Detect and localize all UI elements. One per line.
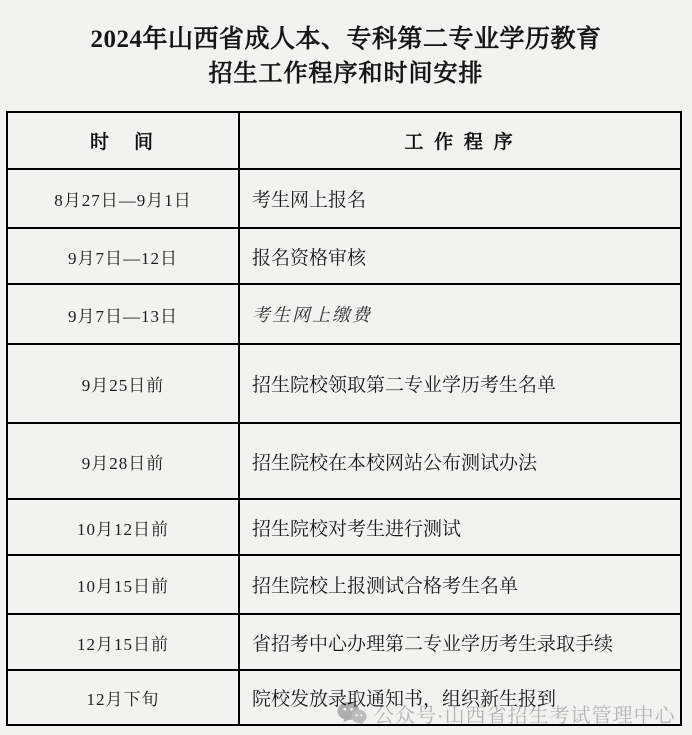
header-time: 时 间 [8,113,240,168]
title-line-2: 招生工作程序和时间安排 [0,57,692,90]
procedure-cell: 招生院校在本校网站公布测试办法 [240,424,680,498]
title-line-1: 2024年山西省成人本、专科第二专业学历教育 [0,23,692,57]
procedure-cell: 招生院校上报测试合格考生名单 [240,556,680,613]
table-row: 12月下旬 院校发放录取通知书，组织新生报到 [8,669,680,724]
time-cell: 12月下旬 [8,671,240,724]
time-cell: 10月12日前 [8,500,240,554]
table-row: 9月25日前 招生院校领取第二专业学历考生名单 [8,343,680,422]
time-cell: 9月25日前 [8,345,240,422]
table-row: 9月7日—12日 报名资格审核 [8,227,680,283]
table-row: 10月15日前 招生院校上报测试合格考生名单 [8,554,680,613]
table-row: 9月7日—13日 考生网上缴费 [8,283,680,343]
procedure-cell: 招生院校对考生进行测试 [240,500,680,554]
time-cell: 9月7日—13日 [8,285,240,343]
table-row: 9月28日前 招生院校在本校网站公布测试办法 [8,422,680,498]
time-cell: 12月15日前 [8,615,240,669]
document-title: 2024年山西省成人本、专科第二专业学历教育 招生工作程序和时间安排 [0,0,692,90]
time-cell: 10月15日前 [8,556,240,613]
procedure-cell: 招生院校领取第二专业学历考生名单 [240,345,680,422]
time-cell: 8月27日—9月1日 [8,170,240,227]
time-cell: 9月28日前 [8,424,240,498]
table-row: 12月15日前 省招考中心办理第二专业学历考生录取手续 [8,613,680,669]
procedure-cell: 报名资格审核 [240,229,680,283]
procedure-cell: 省招考中心办理第二专业学历考生录取手续 [240,615,680,669]
table-row: 8月27日—9月1日 考生网上报名 [8,168,680,227]
header-procedure: 工 作 程 序 [240,113,680,168]
schedule-table: 时 间 工 作 程 序 8月27日—9月1日 考生网上报名 9月7日—12日 报… [6,111,682,726]
procedure-cell: 院校发放录取通知书，组织新生报到 [240,671,680,724]
table-header-row: 时 间 工 作 程 序 [8,113,680,168]
procedure-cell: 考生网上缴费 [240,285,680,343]
time-cell: 9月7日—12日 [8,229,240,283]
procedure-cell: 考生网上报名 [240,170,680,227]
table-row: 10月12日前 招生院校对考生进行测试 [8,498,680,554]
